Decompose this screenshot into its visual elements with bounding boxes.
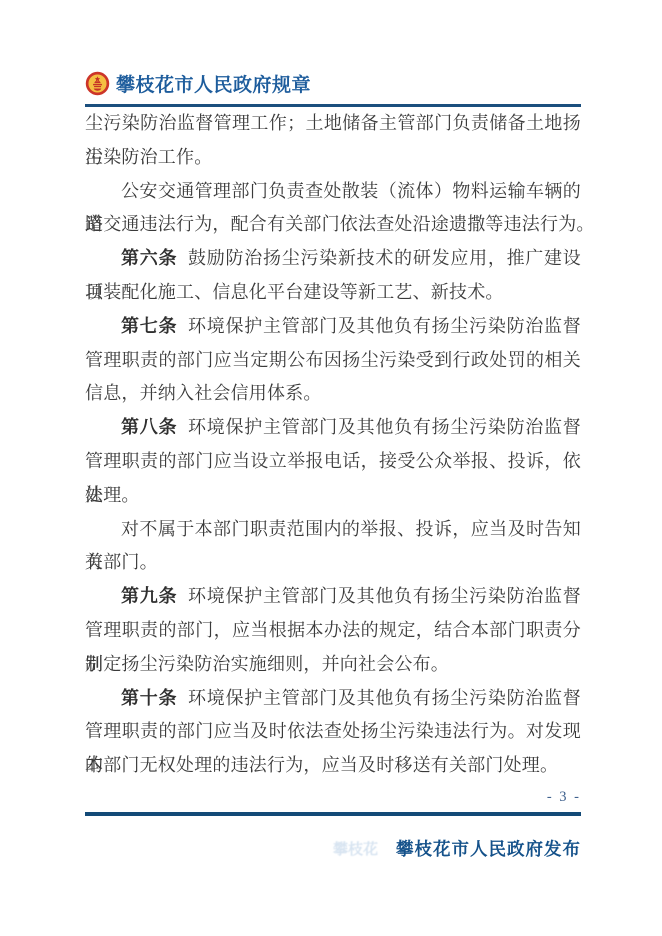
body-line: 公安交通管理部门负责查处散装（流体）物料运输车辆的道	[85, 175, 581, 209]
china-national-emblem-icon	[85, 71, 110, 96]
body-line: 目装配化施工、信息化平台建设等新工艺、新技术。	[85, 276, 581, 310]
publisher-label: 攀枝花市人民政府发布	[396, 836, 581, 861]
body-line: 信息，并纳入社会信用体系。	[85, 377, 581, 411]
page-number: - 3 -	[547, 789, 581, 806]
body-line: 管理职责的部门，应当根据本办法的规定，结合本部门职责分别	[85, 614, 581, 648]
body-line: 第十条环境保护主管部门及其他负有扬尘污染防治监督	[85, 682, 581, 716]
body-line: 制定扬尘污染防治实施细则，并向社会公布。	[85, 648, 581, 682]
body-line: 第六条鼓励防治扬尘污染新技术的研发应用，推广建设项	[85, 242, 581, 276]
page-title: 攀枝花市人民政府规章	[116, 70, 311, 97]
document-page: 攀枝花市人民政府规章 尘污染防治监督管理工作；土地储备主管部门负责储备土地扬尘污…	[0, 0, 662, 936]
article-number: 第六条	[121, 248, 177, 268]
body-line: 污染防治工作。	[85, 141, 581, 175]
article-number: 第八条	[121, 417, 177, 437]
body-line: 路交通违法行为，配合有关部门依法查处沿途遗撒等违法行为。	[85, 208, 581, 242]
body-line: 第九条环境保护主管部门及其他负有扬尘污染防治监督	[85, 580, 581, 614]
document-body: 尘污染防治监督管理工作；土地储备主管部门负责储备土地扬尘污染防治工作。公安交通管…	[85, 107, 581, 783]
body-line: 关部门。	[85, 546, 581, 580]
body-line: 第七条环境保护主管部门及其他负有扬尘污染防治监督	[85, 310, 581, 344]
bleed-through-artifact: 攀枝花	[333, 838, 378, 859]
footer-rule	[85, 812, 581, 816]
body-line: 尘污染防治监督管理工作；土地储备主管部门负责储备土地扬尘	[85, 107, 581, 141]
article-number: 第七条	[121, 316, 177, 336]
body-line: 管理职责的部门应当设立举报电话，接受公众举报、投诉，依法	[85, 445, 581, 479]
body-line: 处理。	[85, 479, 581, 513]
article-number: 第十条	[121, 688, 177, 708]
body-line: 管理职责的部门应当定期公布因扬尘污染受到行政处罚的相关	[85, 344, 581, 378]
body-line: 本部门无权处理的违法行为，应当及时移送有关部门处理。	[85, 749, 581, 783]
page-header: 攀枝花市人民政府规章	[85, 68, 581, 107]
body-line: 第八条环境保护主管部门及其他负有扬尘污染防治监督	[85, 411, 581, 445]
publisher-row: 攀枝花 攀枝花市人民政府发布	[333, 836, 581, 861]
body-line: 管理职责的部门应当及时依法查处扬尘污染违法行为。对发现的	[85, 715, 581, 749]
article-number: 第九条	[121, 586, 177, 606]
header-row: 攀枝花市人民政府规章	[85, 68, 581, 98]
body-line: 对不属于本部门职责范围内的举报、投诉，应当及时告知有	[85, 513, 581, 547]
